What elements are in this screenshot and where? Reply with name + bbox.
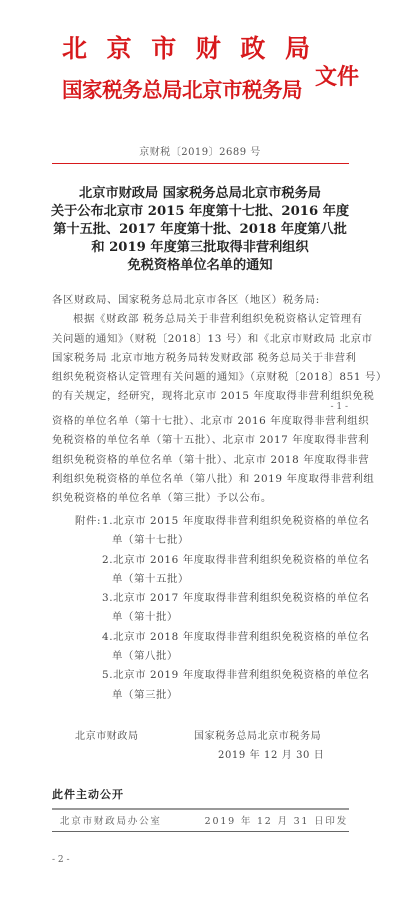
body-page-2: 资格的单位名单（第十七批）、北京市 2016 年度取得非营利组织 免税资格的单位… [52, 412, 352, 508]
red-divider [52, 163, 349, 164]
attachment-number: 4. [102, 631, 113, 643]
attachment-title-cont: 单（第十七批） [102, 531, 370, 550]
attachment-item: 3.北京市 2017 年度取得非营利组织免税资格的单位名 单（第十批） [102, 589, 370, 628]
attachment-title: 北京市 2018 年度取得非营利组织免税资格的单位名 [113, 631, 369, 643]
body-line: 的有关规定，经研究，现将北京市 2015 年度取得非营利组织免税 [52, 387, 352, 406]
signature-date: 2019 年 12 月 30 日 [218, 746, 324, 761]
issuing-office: 北京市财政局办公室 [60, 813, 162, 827]
title-line: 第十五批、2017 年度第十批、2018 年度第八批 [40, 221, 360, 239]
attachment-title-cont: 单（第十批） [102, 608, 370, 627]
body-line: 国家税务局 北京市地方税务局转发财政部 税务总局关于非营利 [52, 349, 352, 368]
page-number-1: - 1 - [330, 402, 348, 412]
attachment-item: 5.北京市 2019 年度取得非营利组织免税资格的单位名 单（第三批） [102, 666, 370, 705]
attachments-label: 附件: [75, 512, 101, 531]
attachment-number: 3. [102, 592, 113, 604]
letterhead-suffix: 文件 [315, 62, 359, 92]
attachments-list: 1.北京市 2015 年度取得非营利组织免税资格的单位名 单（第十七批） 2.北… [102, 512, 370, 705]
letterhead-char: 市 [151, 34, 176, 64]
letterhead-char: 财 [196, 34, 221, 64]
attachment-title: 北京市 2015 年度取得非营利组织免税资格的单位名 [113, 515, 369, 527]
attachment-title-cont: 单（第三批） [102, 686, 370, 705]
attachment-title-cont: 单（第八批） [102, 647, 370, 666]
body-line: 利组织免税资格的单位名单（第八批）和 2019 年度取得非营利组 [52, 470, 352, 489]
attachment-number: 2. [102, 554, 113, 566]
attachment-item: 4.北京市 2018 年度取得非营利组织免税资格的单位名 单（第八批） [102, 628, 370, 667]
attachment-number: 5. [102, 669, 113, 681]
print-date: 2019 年 12 月 31 日印发 [205, 813, 348, 827]
title-line: 和 2019 年度第三批取得非营利组织 [40, 239, 360, 257]
attachment-title: 北京市 2017 年度取得非营利组织免税资格的单位名 [113, 592, 369, 604]
attachment-item: 1.北京市 2015 年度取得非营利组织免税资格的单位名 单（第十七批） [102, 512, 370, 551]
signature-finance-bureau: 北京市财政局 [75, 727, 139, 742]
page-number-2: - 2 - [52, 855, 70, 865]
attachment-title-cont: 单（第十五批） [102, 570, 370, 589]
letterhead-char: 局 [285, 34, 310, 64]
body-line: 组织免税资格的单位名单（第十批）、北京市 2018 年度取得非营 [52, 451, 352, 470]
body-line: 关问题的通知》（财税〔2018〕13 号）和《北京市财政局 北京市 [52, 330, 352, 349]
body-line: 织免税资格的单位名单（第三批）予以公布。 [52, 489, 352, 508]
salutation: 各区财政局、国家税务总局北京市各区（地区）税务局: [52, 291, 352, 310]
footer-bottom-rule [52, 831, 349, 832]
letterhead-line-2: 国家税务总局北京市税务局 [62, 74, 310, 106]
attachment-number: 1. [102, 515, 113, 527]
signature-tax-bureau: 国家税务总局北京市税务局 [194, 727, 321, 742]
body-line: 组织免税资格认定管理有关问题的通知》（京财税〔2018〕851 号） [52, 368, 352, 387]
title-line: 关于公布北京市 2015 年度第十七批、2016 年度 [40, 203, 360, 221]
title-line: 北京市财政局 国家税务总局北京市税务局 [40, 185, 360, 203]
title-line: 免税资格单位名单的通知 [40, 257, 360, 275]
letterhead-char: 北 [62, 34, 87, 64]
disclosure-note: 此件主动公开 [52, 786, 124, 802]
letterhead-line-1: 北 京 市 财 政 局 [62, 34, 310, 64]
body-line: 免税资格的单位名单（第十五批）、北京市 2017 年度取得非营利 [52, 431, 352, 450]
footer-top-rule [52, 808, 349, 810]
document-number: 京财税〔2019〕2689 号 [0, 143, 400, 158]
attachment-title: 北京市 2019 年度取得非营利组织免税资格的单位名 [113, 669, 369, 681]
body-line: 根据《财政部 税务总局关于非营利组织免税资格认定管理有 [52, 310, 352, 329]
letterhead-char: 政 [240, 34, 265, 64]
document-title: 北京市财政局 国家税务总局北京市税务局 关于公布北京市 2015 年度第十七批、… [40, 185, 360, 275]
attachment-item: 2.北京市 2016 年度取得非营利组织免税资格的单位名 单（第十五批） [102, 551, 370, 590]
attachment-title: 北京市 2016 年度取得非营利组织免税资格的单位名 [113, 554, 369, 566]
letterhead-char: 京 [107, 34, 132, 64]
body-page-1: 各区财政局、国家税务总局北京市各区（地区）税务局: 根据《财政部 税务总局关于非… [52, 291, 352, 407]
body-line: 资格的单位名单（第十七批）、北京市 2016 年度取得非营利组织 [52, 412, 352, 431]
